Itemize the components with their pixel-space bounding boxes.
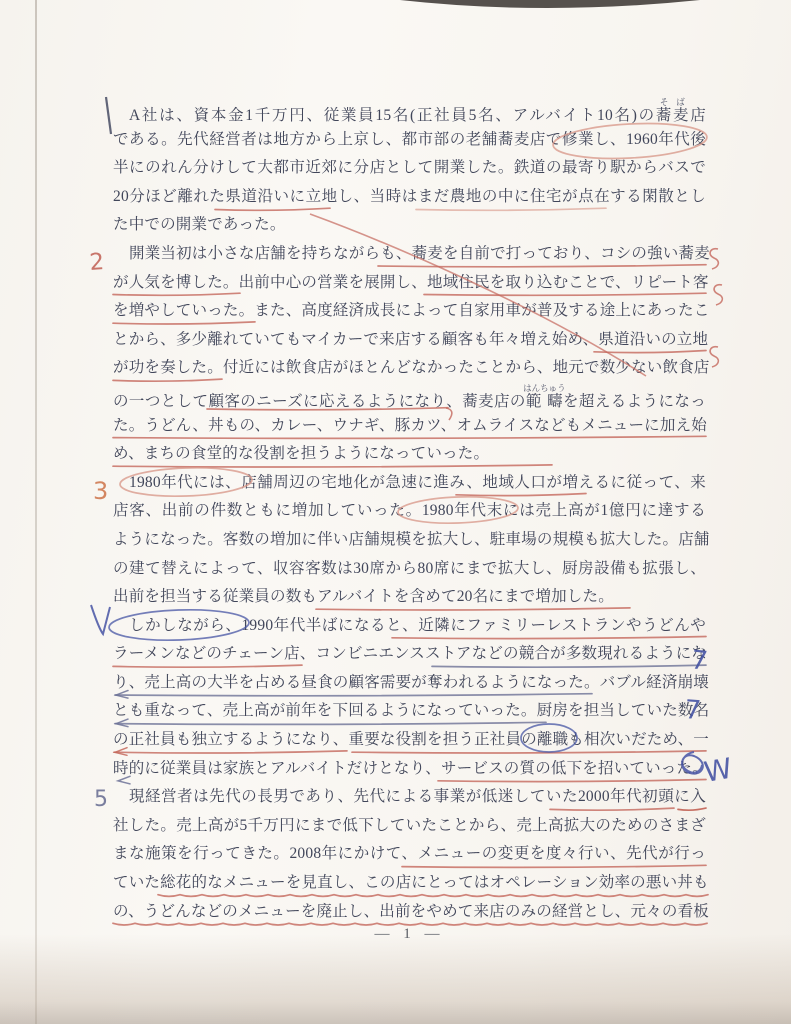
text-line: である。先代経営者は地方から上京し、都市部の老舗蕎麦店で修業し、1960年代後 [113, 126, 706, 155]
scan-bottom-shadow [0, 934, 791, 1024]
margin-hook-annotation [714, 285, 722, 305]
text-line: め、まちの食堂的な役割を担うようになっていった。 [113, 440, 706, 469]
text-line: ていた総花的なメニューを見直し、この店にとってはオペレーション効率の悪い丼も [113, 869, 706, 898]
text-line: 1980年代には、店舗周辺の宅地化が急速に進み、地域人口が増えるに従って、来 [113, 469, 706, 498]
text-line: が功を奏した。付近には飲食店がほとんどなかったことから、地元で数少ない飲食店 [113, 354, 706, 383]
text-line: 開業当初は小さな店舗を持ちながらも、蕎麦を自前で打っており、コシの強い蕎麦 [113, 240, 706, 269]
paragraph-2: 開業当初は小さな店舗を持ちながらも、蕎麦を自前で打っており、コシの強い蕎麦が人気… [113, 240, 706, 469]
text-line: 現経営者は先代の長男であり、先代による事業が低迷していた2000年代初頭に入 [113, 783, 706, 812]
scan-top-edge-shadow [400, 0, 700, 8]
text-line: た中での開業であった。 [113, 211, 706, 240]
paragraph-3: 1980年代には、店舗周辺の宅地化が急速に進み、地域人口が増えるに従って、来店客… [113, 469, 706, 612]
text-line: とから、多少離れていてもマイカーで来店する顧客も年々増え始め、県道沿いの立地 [113, 326, 706, 355]
text-line: まな施策を行ってきた。2008年にかけて、メニューの変更を度々行い、先代が行っ [113, 840, 706, 869]
margin-hook-annotation [710, 249, 718, 269]
text-line: 社した。売上高が5千万円にまで低下していたことから、売上高拡大のためのさまざ [113, 812, 706, 841]
text-line: ようになった。客数の増加に伴い店舗規模を拡大し、駐車場の規模も拡大した。店舗 [113, 526, 706, 555]
text-line: の正社員も独立するようになり、重要な役割を担う正社員の離職も相次いだため、一 [113, 726, 706, 755]
paragraph-4: しかしながら、1990年代半ばになると、近隣にファミリーレストランやうどんやラー… [113, 612, 706, 784]
paragraph-mark-5: 5 [94, 787, 108, 812]
text-line: 店客、出前の件数ともに増加していった。1980年代末には売上高が1億円に達する [113, 497, 706, 526]
text-line: とも重なって、売上高が前年を下回るようになっていった。厨房を担当していた数名 [113, 697, 706, 726]
scan-left-edge-shadow [35, 0, 37, 1024]
text-line: 出前を担当する従業員の数もアルバイトを含めて20名にまで増加した。 [113, 583, 706, 612]
text-line: 半にのれん分けして大都市近郊に分店として開業した。鉄道の最寄り駅からバスで [113, 154, 706, 183]
text-line: A社は、資本金1千万円、従業員15名(正社員5名、アルバイト10名)の蕎麦そば店 [113, 97, 706, 126]
text-line: の建て替えによって、収容客数は30席から80席にまで拡大し、厨房設備も拡張し、 [113, 555, 706, 584]
text-line: た。うどん、丼もの、カレー、ウナギ、豚カツ、オムライスなどもメニューに加え始 [113, 412, 706, 441]
text-line: を増やしていった。また、高度経済成長によって自家用車が普及する途上にあったこ [113, 297, 706, 326]
scanned-document-page: A社は、資本金1千万円、従業員15名(正社員5名、アルバイト10名)の蕎麦そば店… [0, 0, 791, 1024]
text-line: しかしながら、1990年代半ばになると、近隣にファミリーレストランやうどんや [113, 612, 706, 641]
paragraph-mark-3: 3 [93, 477, 108, 505]
text-line: の、うどんなどのメニューを廃止し、出前をやめて来店のみの経営とし、元々の看板 [113, 898, 706, 927]
text-line: 時的に従業員は家族とアルバイトだけとなり、サービスの質の低下を招いていった。 [113, 755, 706, 784]
paragraph-mark-4 [91, 605, 110, 634]
paragraph-mark-1 [106, 97, 111, 134]
paragraph-mark-2: 2 [89, 249, 105, 276]
text-line: ラーメンなどのチェーン店、コンビニエンスストアなどの競合が多数現れるようにな [113, 640, 706, 669]
text-line: の一つとして顧客のニーズに応えるようになり、蕎麦店の範疇はんちゅうを超えるように… [113, 383, 706, 412]
text-line: 20分ほど離れた県道沿いに立地し、当時はまだ農地の中に住宅が点在する閑散とし [113, 183, 706, 212]
paragraph-1: A社は、資本金1千万円、従業員15名(正社員5名、アルバイト10名)の蕎麦そば店… [113, 97, 706, 240]
margin-hook-annotation [710, 347, 718, 367]
paragraph-5: 現経営者は先代の長男であり、先代による事業が低迷していた2000年代初頭に入社し… [113, 783, 706, 926]
document-text-block: A社は、資本金1千万円、従業員15名(正社員5名、アルバイト10名)の蕎麦そば店… [113, 97, 706, 926]
text-line: が人気を博した。出前中心の営業を展開し、地域住民を取り込むことで、リピート客 [113, 269, 706, 298]
text-line: り、売上高の大半を占める昼食の顧客需要が奪われるようになった。バブル経済崩壊 [113, 669, 706, 698]
